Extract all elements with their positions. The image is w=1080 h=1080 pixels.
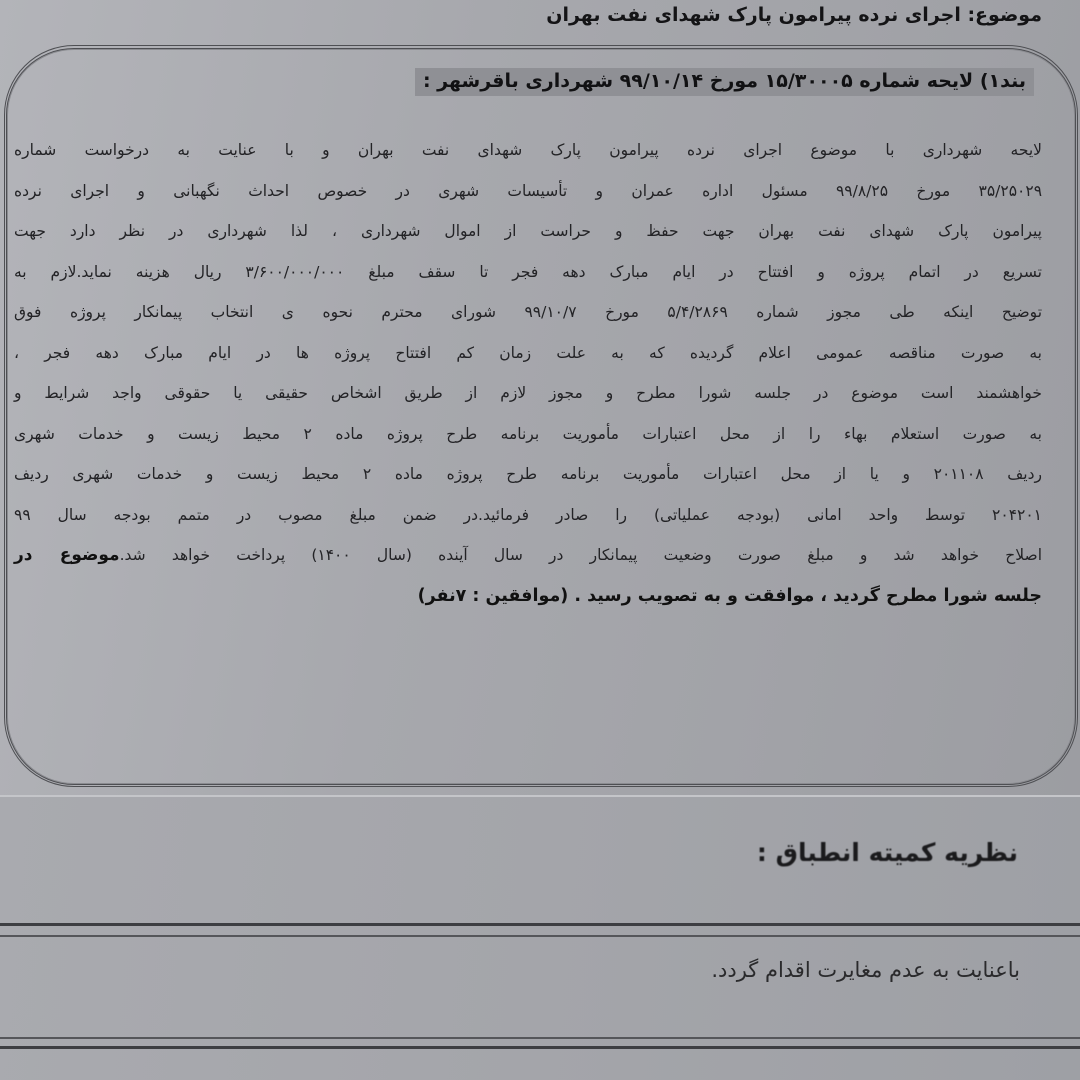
body-line: لایحه شهرداری با موضوع اجرای نرده پیرامو… — [14, 130, 1042, 171]
committee-opinion: باعنایت به عدم مغایرت اقدام گردد. — [711, 958, 1020, 982]
body-line: ردیف ۲۰۱۱۰۸ و یا از محل اعتبارات مأموریت… — [14, 454, 1042, 495]
body-line: ۳۵/۲۵۰۲۹ مورخ ۹۹/۸/۲۵ مسئول اداره عمران … — [14, 171, 1042, 212]
body-line-last: اصلاح خواهد شد و مبلغ صورت وضعیت پیمانکا… — [14, 535, 1042, 576]
divider-rule — [0, 1037, 1080, 1039]
body-line: به صورت استعلام بهاء را از محل اعتبارات … — [14, 414, 1042, 455]
document-subject: موضوع: اجرای نرده پیرامون پارک شهدای نفت… — [546, 4, 1042, 26]
body-line-plain: اصلاح خواهد شد و مبلغ صورت وضعیت پیمانکا… — [120, 546, 1042, 564]
divider-rule — [0, 1046, 1080, 1049]
clause-body: لایحه شهرداری با موضوع اجرای نرده پیرامو… — [14, 130, 1042, 616]
clause-header: بند۱) لایحه شماره ۱۵/۳۰۰۰۵ مورخ ۹۹/۱۰/۱۴… — [415, 68, 1034, 96]
body-line-bold: موضوع در — [14, 545, 120, 565]
body-line: تسریع در اتمام پروژه و افتتاح در ایام مب… — [14, 252, 1042, 293]
body-line: ۲۰۴۲۰۱ توسط واحد امانی (بودجه عملیاتی) ر… — [14, 495, 1042, 536]
resolution-line: جلسه شورا مطرح گردید ، موافقت و به تصویب… — [14, 576, 1042, 617]
body-line: به صورت مناقصه عمومی اعلام گردیده که به … — [14, 333, 1042, 374]
divider-rule — [0, 923, 1080, 926]
body-line: خواهشمند است موضوع در جلسه شورا مطرح و م… — [14, 373, 1042, 414]
committee-title: نظریه کمیته انطباق : — [757, 838, 1018, 867]
body-line: توضیح اینکه طی مجوز شماره ۵/۴/۲۸۶۹ مورخ … — [14, 292, 1042, 333]
body-line: پیرامون پارک شهدای نفت بهران جهت حفظ و ح… — [14, 211, 1042, 252]
divider-rule — [0, 935, 1080, 937]
